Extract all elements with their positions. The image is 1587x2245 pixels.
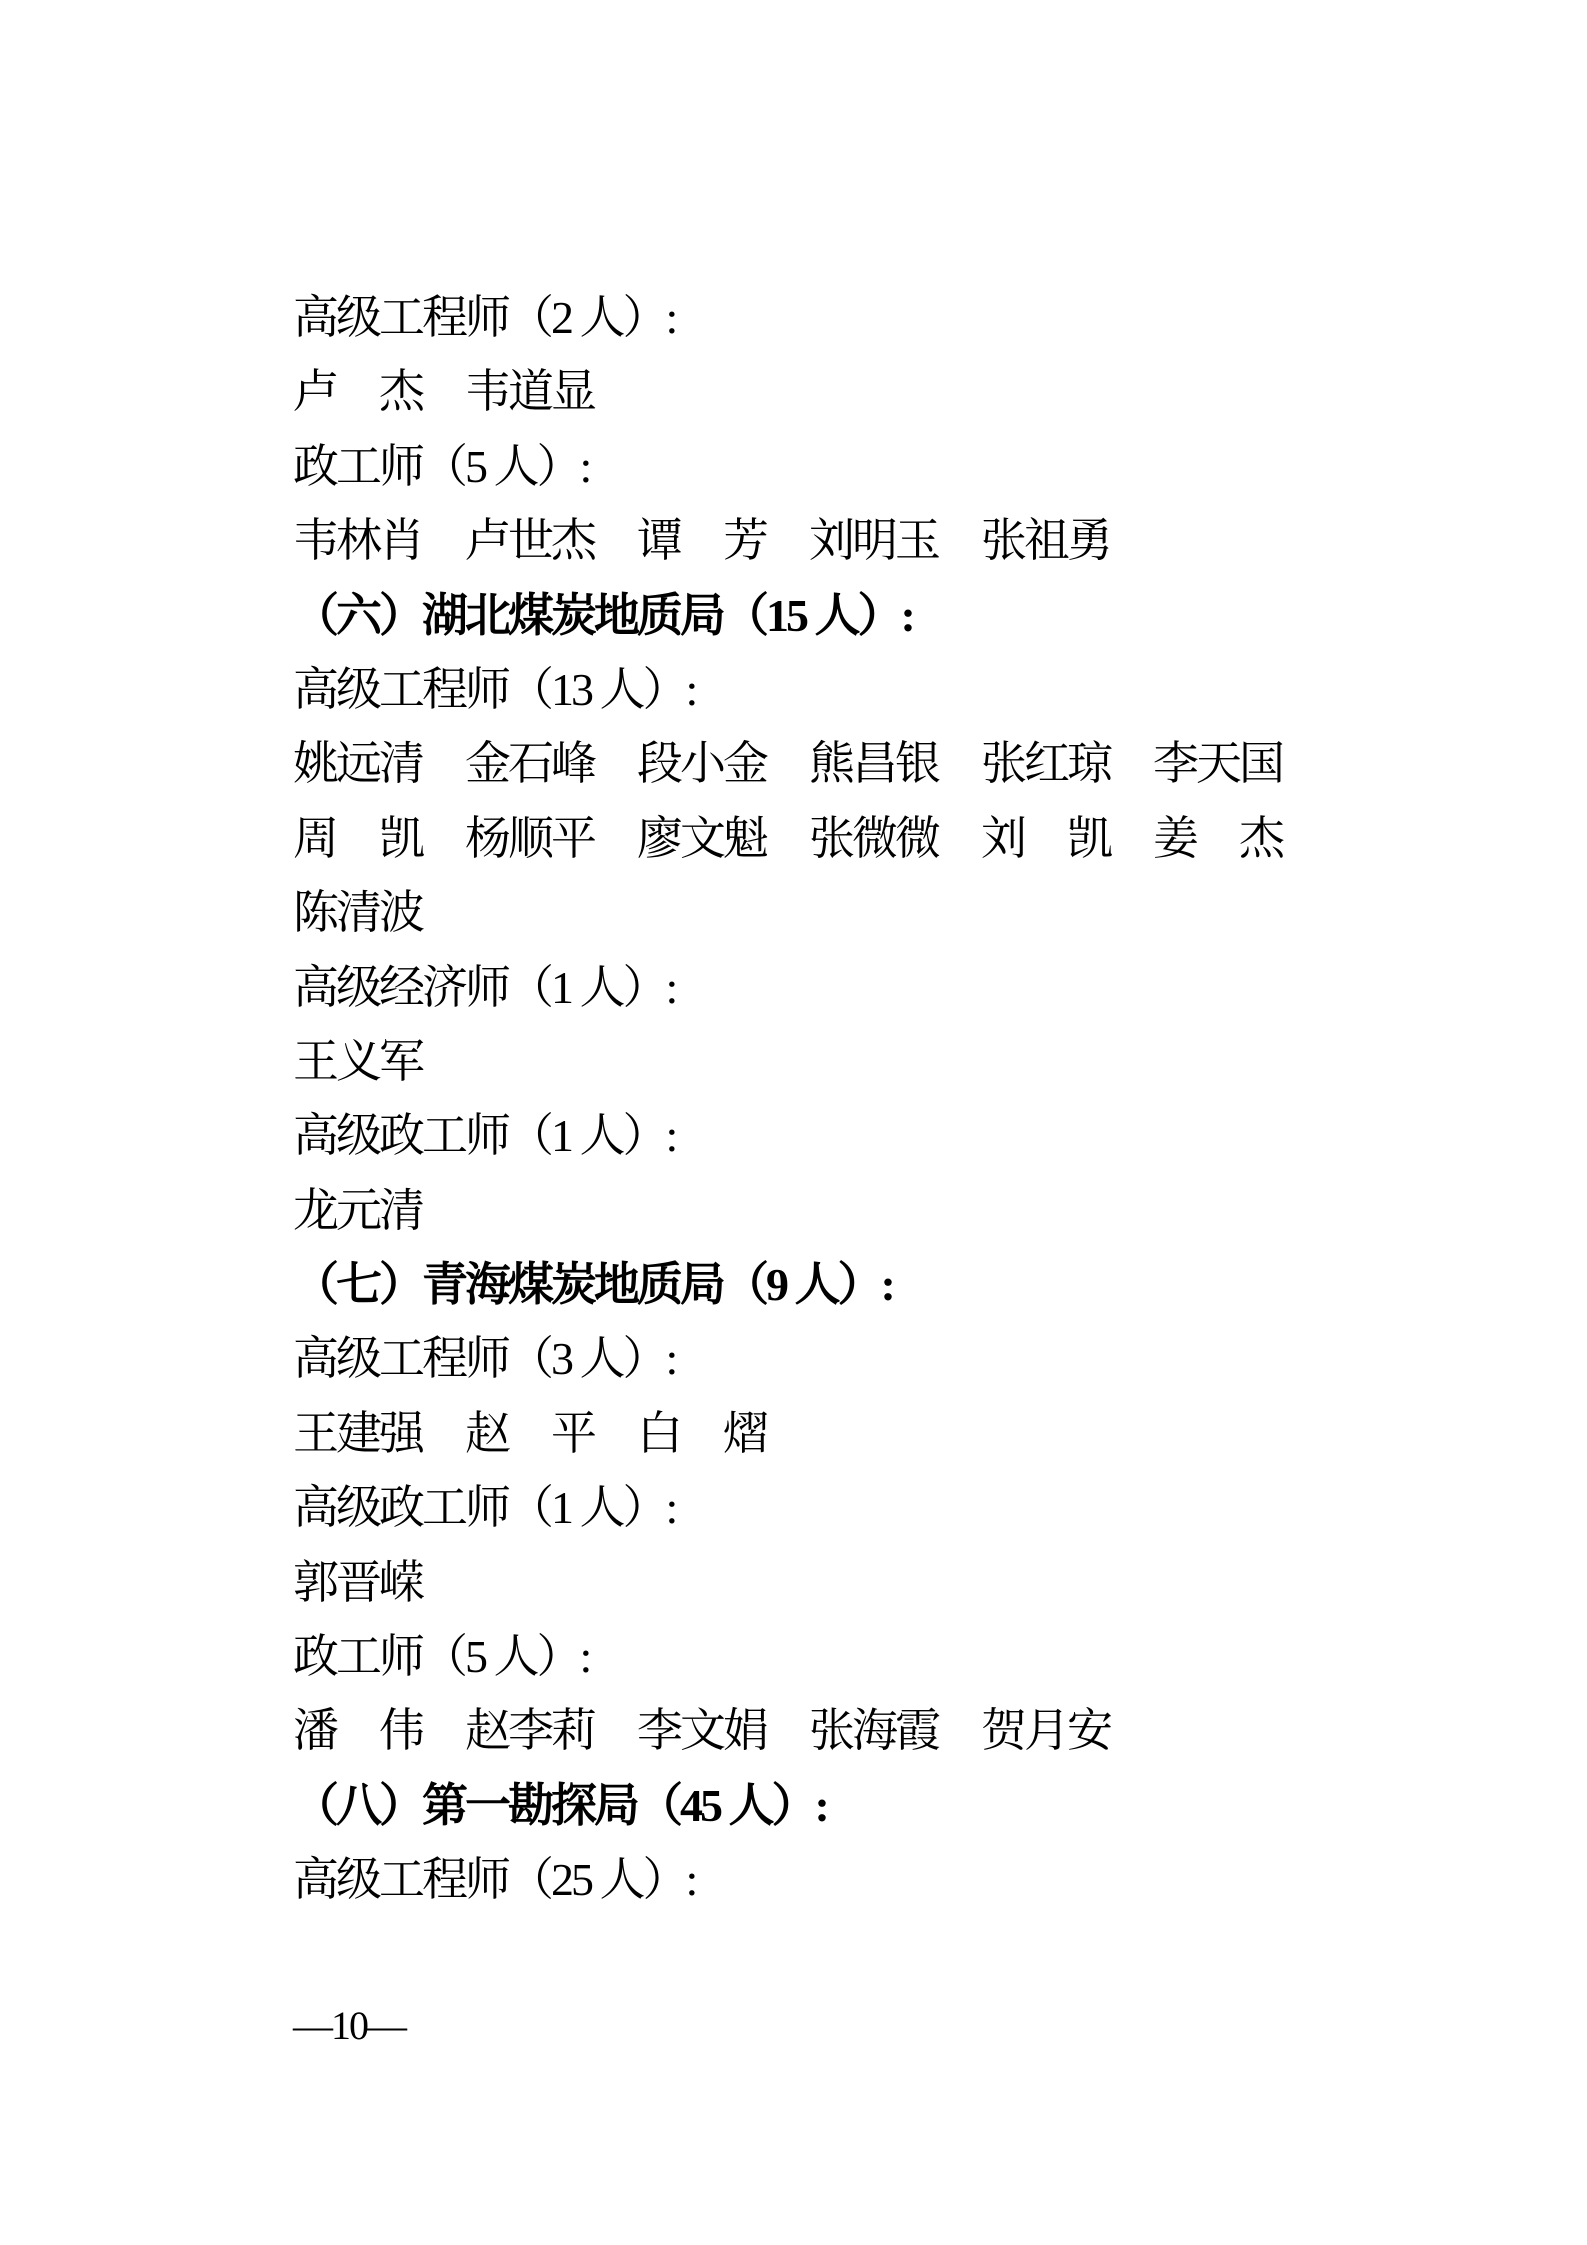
document-line: 龙元清 <box>293 1174 1393 1248</box>
document-line: 政工师（5 人）: <box>293 430 1393 504</box>
document-line: 王建强 赵 平 白 熠 <box>293 1397 1393 1471</box>
document-line: 潘 伟 赵李莉 李文娟 张海霞 贺月安 <box>293 1694 1393 1768</box>
document-line: 高级工程师（25 人）: <box>293 1843 1393 1917</box>
document-line: 韦林肖 卢世杰 谭 芳 刘明玉 张祖勇 <box>293 504 1393 578</box>
section-heading: （八）第一勘探局（45 人）: <box>293 1769 1393 1843</box>
document-line: 卢 杰 韦道显 <box>293 355 1393 429</box>
document-line: 高级经济师（1 人）: <box>293 951 1393 1025</box>
document-page: 高级工程师（2 人）:卢 杰 韦道显政工师（5 人）:韦林肖 卢世杰 谭 芳 刘… <box>0 0 1587 2245</box>
document-line: 郭晋嵘 <box>293 1546 1393 1620</box>
document-line: 高级政工师（1 人）: <box>293 1099 1393 1173</box>
document-line: 王义军 <box>293 1025 1393 1099</box>
document-line: 姚远清 金石峰 段小金 熊昌银 张红琼 李天国 <box>293 727 1393 801</box>
document-line: 高级工程师（3 人）: <box>293 1322 1393 1396</box>
document-line: 高级工程师（2 人）: <box>293 281 1393 355</box>
document-body: 高级工程师（2 人）:卢 杰 韦道显政工师（5 人）:韦林肖 卢世杰 谭 芳 刘… <box>293 281 1393 1918</box>
document-line: 高级工程师（13 人）: <box>293 653 1393 727</box>
document-line: 陈清波 <box>293 876 1393 950</box>
section-heading: （七）青海煤炭地质局（9 人）: <box>293 1248 1393 1322</box>
document-line: 高级政工师（1 人）: <box>293 1471 1393 1545</box>
page-number: —10— <box>293 2002 405 2050</box>
section-heading: （六）湖北煤炭地质局（15 人）: <box>293 579 1393 653</box>
document-line: 周 凯 杨顺平 廖文魁 张微微 刘 凯 姜 杰 <box>293 802 1393 876</box>
document-line: 政工师（5 人）: <box>293 1620 1393 1694</box>
